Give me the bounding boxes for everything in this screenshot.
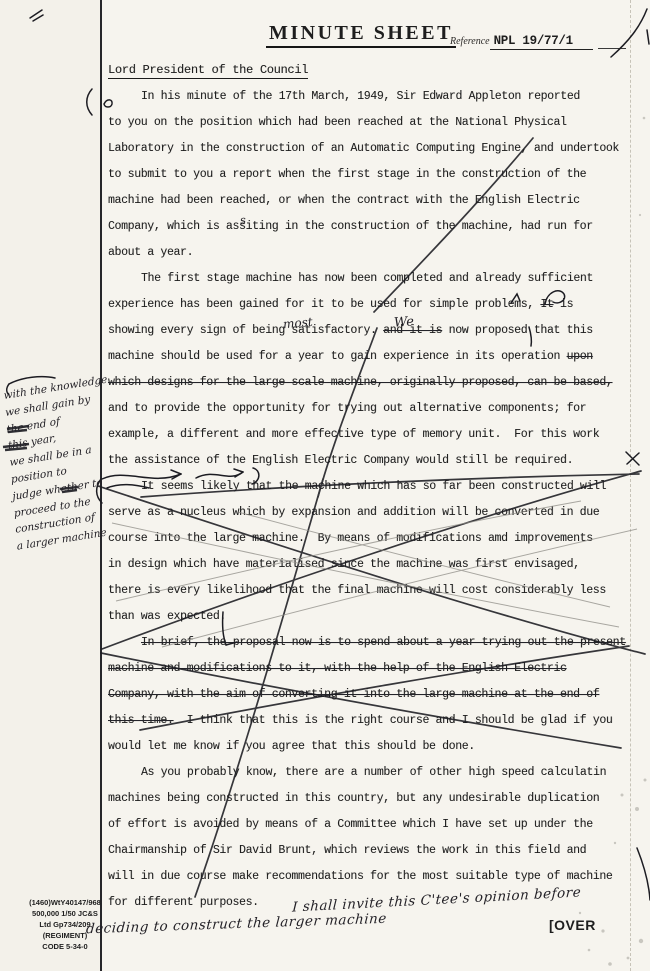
typed-line: machines being constructed in this count… bbox=[108, 786, 630, 812]
typed-text: the assistance of the English Electric C… bbox=[108, 454, 573, 467]
typed-line: serve as a nucleus which by expansion an… bbox=[108, 500, 630, 526]
struck-text: this time. bbox=[108, 714, 174, 727]
typed-text: serve as a nucleus which by expansion an… bbox=[108, 506, 599, 519]
typed-text: to submit to you a report when the first… bbox=[108, 168, 586, 181]
typed-body: In his minute of the 17th March, 1949, S… bbox=[108, 84, 630, 916]
typed-line: machine had been reached, or when the co… bbox=[108, 188, 630, 214]
typed-text: As you probably know, there are a number… bbox=[141, 766, 606, 779]
typed-text: course into the large machine. By means … bbox=[108, 532, 593, 545]
minute-sheet-page: MINUTE SHEET ReferenceNPL 19/77/1 Lord P… bbox=[0, 0, 650, 971]
typed-line: which designs for the large scale machin… bbox=[108, 370, 630, 396]
typed-line: In brief, the proposal now is to spend a… bbox=[108, 630, 630, 656]
typed-text: there is every likelihood that the final… bbox=[108, 584, 606, 597]
typed-text: It seems likely that the machine which h… bbox=[141, 480, 606, 493]
replacement-word-annotation: We bbox=[394, 314, 415, 330]
typed-text: example, a different and more effective … bbox=[108, 428, 599, 441]
typed-line: example, a different and more effective … bbox=[108, 422, 630, 448]
typed-text: machine should be used for a year to gai… bbox=[108, 350, 567, 363]
typed-text: I think that this is the right course an… bbox=[174, 714, 613, 727]
typed-line: this time. I think that this is the righ… bbox=[108, 708, 630, 734]
struck-text: which designs for the large scale machin… bbox=[108, 376, 612, 389]
over-label: [OVER bbox=[549, 917, 596, 933]
typed-line: Company, with the aim of converting it i… bbox=[108, 682, 630, 708]
typed-line: In his minute of the 17th March, 1949, S… bbox=[108, 84, 630, 110]
typed-text: machines being constructed in this count… bbox=[108, 792, 599, 805]
print-stamp-line: 500,000 1/50 JC&S bbox=[26, 908, 104, 919]
addressee-heading: Lord President of the Council bbox=[108, 63, 308, 79]
typed-line: Company, which is assiting in the constr… bbox=[108, 214, 630, 240]
typed-line: to you on the position which had been re… bbox=[108, 110, 630, 136]
typed-text: The first stage machine has now been com… bbox=[141, 272, 593, 285]
typed-line: to submit to you a report when the first… bbox=[108, 162, 630, 188]
struck-text: machine and modifications to it, with th… bbox=[108, 662, 567, 675]
typed-line: in design which have materialised since … bbox=[108, 552, 630, 578]
typed-line: As you probably know, there are a number… bbox=[108, 760, 630, 786]
paragraph: In his minute of the 17th March, 1949, S… bbox=[108, 84, 630, 266]
reference-value: NPL 19/77/1 bbox=[490, 34, 593, 50]
print-stamp-line: (1460)WtY40147/968 bbox=[26, 897, 104, 908]
paragraph: In brief, the proposal now is to spend a… bbox=[108, 630, 630, 760]
typed-text: showing every sign of being satisfactory… bbox=[108, 324, 383, 337]
inserted-letter-annotation: s bbox=[239, 213, 246, 228]
typed-text: and to provide the opportunity for tryin… bbox=[108, 402, 586, 415]
typed-text: to you on the position which had been re… bbox=[108, 116, 567, 129]
typed-line: and to provide the opportunity for tryin… bbox=[108, 396, 630, 422]
typed-line: experience has been gained for it to be … bbox=[108, 292, 630, 318]
typed-text: Laboratory in the construction of an Aut… bbox=[108, 142, 619, 155]
page-title: MINUTE SHEET bbox=[266, 22, 456, 48]
reference-label: Reference bbox=[450, 36, 490, 47]
typed-text: about a year. bbox=[108, 246, 193, 259]
struck-text: It bbox=[540, 298, 553, 311]
typed-line: Chairmanship of Sir David Brunt, which r… bbox=[108, 838, 630, 864]
typed-line: the assistance of the English Electric C… bbox=[108, 448, 630, 474]
typed-line: machine and modifications to it, with th… bbox=[108, 656, 630, 682]
typed-text: now proposed that this bbox=[442, 324, 593, 337]
typed-line: showing every sign of being satisfactory… bbox=[108, 318, 630, 344]
inserted-word-annotation: most bbox=[282, 315, 313, 332]
typed-text: Company, which is assiting in the constr… bbox=[108, 220, 593, 233]
typed-text: for different purposes. bbox=[108, 896, 259, 909]
struck-text: upon bbox=[567, 350, 593, 363]
struck-text: Company, with the aim of converting it i… bbox=[108, 688, 599, 701]
print-stamp-line: CODE 5-34-0 bbox=[26, 941, 104, 952]
typed-text: In his minute of the 17th March, 1949, S… bbox=[141, 90, 580, 103]
typed-text: would let me know if you agree that this… bbox=[108, 740, 475, 753]
typed-text: machine had been reached, or when the co… bbox=[108, 194, 580, 207]
typed-text: is bbox=[553, 298, 573, 311]
paragraph: The first stage machine has now been com… bbox=[108, 266, 630, 474]
struck-text: In brief, the proposal now is to spend a… bbox=[141, 636, 626, 649]
margin-note: with the knowledgewe shall gain bythe en… bbox=[3, 373, 112, 556]
typed-line: of effort is avoided by means of a Commi… bbox=[108, 812, 630, 838]
paragraph: It seems likely that the machine which h… bbox=[108, 474, 630, 630]
typed-text: than was expected. bbox=[108, 610, 226, 623]
typed-text: in design which have materialised since … bbox=[108, 558, 580, 571]
typed-line: course into the large machine. By means … bbox=[108, 526, 630, 552]
typed-text: Chairmanship of Sir David Brunt, which r… bbox=[108, 844, 586, 857]
typed-line: Laboratory in the construction of an Aut… bbox=[108, 136, 630, 162]
typed-line: It seems likely that the machine which h… bbox=[108, 474, 630, 500]
typed-line: would let me know if you agree that this… bbox=[108, 734, 630, 760]
right-fold-crease bbox=[630, 0, 631, 971]
typed-text: will in due course make recommendations … bbox=[108, 870, 612, 883]
typed-line: than was expected. bbox=[108, 604, 630, 630]
reference-line-extra bbox=[598, 48, 626, 49]
typed-text: experience has been gained for it to be … bbox=[108, 298, 540, 311]
typed-line: The first stage machine has now been com… bbox=[108, 266, 630, 292]
typed-line: about a year. bbox=[108, 240, 630, 266]
reference-field: ReferenceNPL 19/77/1 bbox=[450, 31, 593, 49]
typed-line: machine should be used for a year to gai… bbox=[108, 344, 630, 370]
typed-text: of effort is avoided by means of a Commi… bbox=[108, 818, 593, 831]
typed-line: there is every likelihood that the final… bbox=[108, 578, 630, 604]
